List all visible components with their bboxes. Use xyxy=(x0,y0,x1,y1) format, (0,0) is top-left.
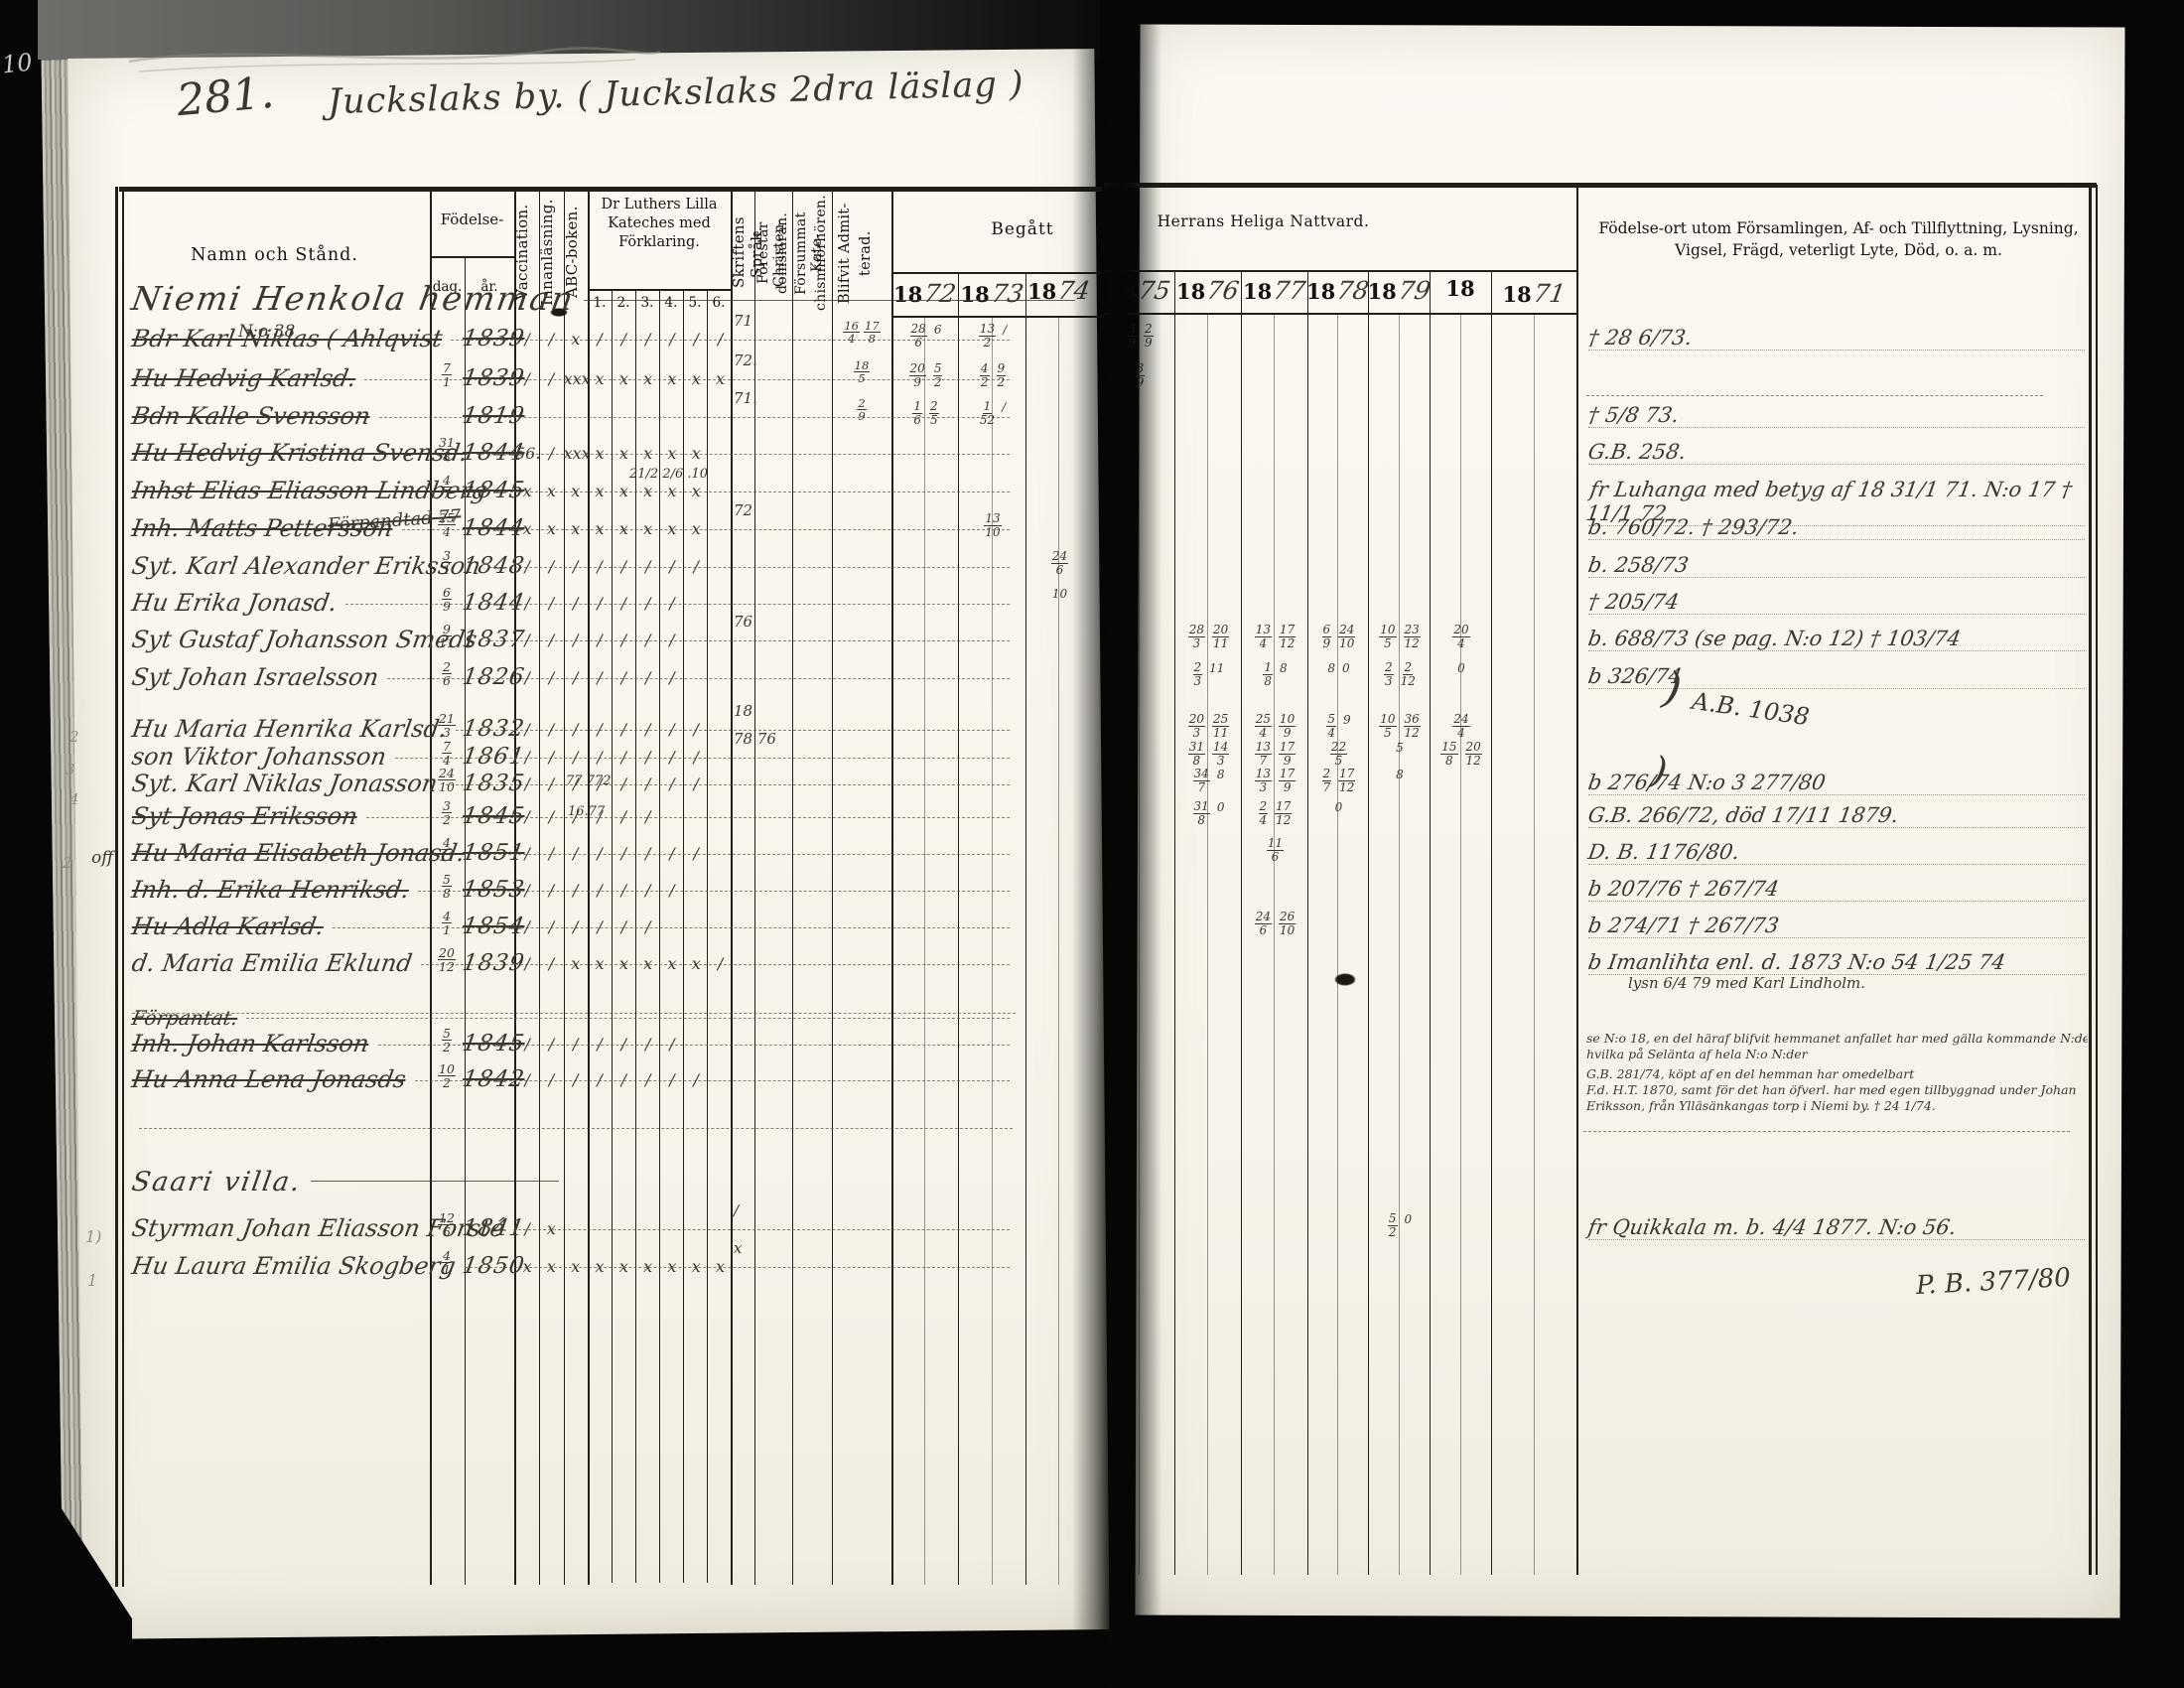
reading-mark: ∕ xyxy=(588,881,612,900)
communion-date-cell: 1053612 xyxy=(1372,713,1428,739)
row-dash-line xyxy=(246,1018,1010,1019)
date-fraction: 116 xyxy=(1267,837,1284,863)
communion-date-cell: 4292 xyxy=(962,362,1024,388)
ink-fragment: 1) xyxy=(85,1227,101,1246)
year-handwritten-suffix: 79 xyxy=(1396,276,1432,305)
margin-note: G.B. 258. xyxy=(1588,440,2085,465)
date-mark: 0 xyxy=(1342,661,1350,675)
ledger-row: Förpantat. xyxy=(132,1006,1010,1030)
reading-mark: x xyxy=(684,519,708,538)
col-header-fodelse: Födelse- xyxy=(430,211,514,228)
reading-mark: ∕ xyxy=(539,954,563,973)
reading-mark: x xyxy=(636,444,660,463)
row-dash-line xyxy=(513,1229,1010,1230)
reading-mark: x xyxy=(539,482,563,500)
date-fraction: 1712 xyxy=(1338,768,1355,793)
reading-mark: ∕ xyxy=(636,774,660,793)
underline-flourish xyxy=(584,300,1075,301)
date-fraction: 1310 xyxy=(984,512,1001,538)
ink-fragment: 4 xyxy=(69,790,79,808)
reading-mark: x xyxy=(684,1257,708,1276)
communion-date-cell: 10 xyxy=(1029,587,1090,601)
margin-note-line2: lysn 6/4 79 med Karl Lindholm. xyxy=(1628,974,2085,992)
person-name: Inh. d. Erika Henriksd. xyxy=(130,876,411,904)
birth-day: 69 xyxy=(430,586,464,613)
margin-note-text: b 274/71 † 267/73 xyxy=(1586,914,1781,937)
date-fraction: 29 xyxy=(857,397,866,422)
handwritten-dash-rule xyxy=(1583,1131,2070,1132)
year-note: ∕ xyxy=(734,1201,791,1219)
person-name: Bdr Karl Niklas ( Ahlqvist xyxy=(130,325,445,352)
date-fraction: 1712 xyxy=(1279,624,1296,649)
col-header-kateches: Dr Luthers Lilla Kateches med Förklaring… xyxy=(588,196,731,252)
date-fraction: 23 xyxy=(1193,661,1203,687)
year-note: x xyxy=(734,1239,791,1257)
communion-date-cell: 271712 xyxy=(1311,768,1366,793)
reading-mark: x xyxy=(660,954,684,973)
birth-year: 1837 xyxy=(461,627,516,652)
birth-day: 126 xyxy=(430,1211,464,1238)
date-mark: 8 xyxy=(1396,768,1404,781)
reading-mark: ∕ xyxy=(515,330,539,349)
reading-mark: ∕ xyxy=(612,1035,635,1054)
date-fraction: 2511 xyxy=(1212,713,1229,739)
ink-fragment: 77 772 xyxy=(566,774,612,788)
communion-date-cell: 8 xyxy=(1372,768,1428,781)
birth-year: 1839 xyxy=(461,365,516,391)
birth-year: 1839 xyxy=(461,326,516,352)
date-fraction: 69 xyxy=(442,586,452,613)
handwritten-dash-rule xyxy=(1586,395,2043,396)
reading-mark: ∕ xyxy=(636,748,660,767)
reading-mark: ∕ xyxy=(539,917,563,936)
margin-note: b Imanlihta enl. d. 1873 N:o 54 1/25 74 xyxy=(1588,950,2085,975)
date-mark: ∕ xyxy=(1003,323,1007,349)
birth-day: 52 xyxy=(430,1027,464,1054)
reading-mark: ∕ xyxy=(515,954,539,973)
reading-mark: ∕ xyxy=(515,917,539,936)
reading-mark: ∕ xyxy=(515,844,539,863)
date-mark: 8 xyxy=(1217,768,1225,793)
date-fraction: 318 xyxy=(438,436,456,463)
date-fraction: 225 xyxy=(1330,741,1347,767)
reading-mark: x xyxy=(612,519,635,538)
reading-mark: ∕ xyxy=(539,444,563,463)
person-name: d. Maria Emilia Eklund xyxy=(130,949,414,977)
year-header-18: 18 xyxy=(1430,276,1491,301)
person-name: Hu Maria Henrika Karlsd. xyxy=(130,715,449,743)
date-mark: 8 xyxy=(1280,661,1288,687)
reading-mark: ∕ xyxy=(515,807,539,826)
reading-mark: ∕ xyxy=(660,1070,684,1089)
birth-year: 1845 xyxy=(461,1031,516,1056)
communion-date-cell: 2462610 xyxy=(1245,911,1305,936)
date-mark: 0 xyxy=(1405,1212,1413,1238)
date-fraction: 26 xyxy=(442,660,452,687)
kateches-line2: Kateches med xyxy=(608,215,711,231)
year-note: 18 xyxy=(734,702,791,720)
ink-fragment: 2 xyxy=(69,728,79,746)
reading-mark: x xyxy=(684,369,708,388)
date-fraction: 411 xyxy=(439,836,455,863)
date-mark: 0 xyxy=(1457,661,1465,675)
reading-mark: ∕ xyxy=(636,1070,660,1089)
reading-mark: ∕ xyxy=(612,881,635,900)
reading-mark: ∕ xyxy=(539,1070,563,1089)
communion-date-cell: 241712 xyxy=(1245,800,1305,826)
date-fraction: 246 xyxy=(1051,550,1068,576)
reading-mark: ∕ xyxy=(564,631,588,649)
reading-mark: x xyxy=(708,369,732,388)
reading-mark: ∕ xyxy=(636,1035,660,1054)
margin-note: † 205/74 xyxy=(1588,590,2085,615)
reading-mark: ∕ xyxy=(612,1070,635,1089)
date-fraction: 3612 xyxy=(1404,713,1421,739)
reading-mark: x xyxy=(636,954,660,973)
reading-mark: ∕ xyxy=(588,720,612,739)
date-fraction: 27 xyxy=(1322,768,1332,793)
reading-mark: ∕ xyxy=(539,631,563,649)
reading-mark: ∕ xyxy=(539,330,563,349)
margin-note-small: se N:o 18, en del häraf blifvit hemmanet… xyxy=(1586,1031,2088,1046)
communion-date-cell: 246 xyxy=(1029,550,1090,576)
margin-note-text: D. B. 1176/80. xyxy=(1586,840,1741,864)
reading-mark: ∕ xyxy=(515,668,539,687)
year-handwritten-suffix: 78 xyxy=(1335,276,1371,305)
reading-mark: x xyxy=(564,954,588,973)
reading-mark: ∕ xyxy=(636,557,660,576)
date-fraction: 283 xyxy=(1188,624,1205,649)
margin-note-small: hvilka på Selänta af hela N:o N:der xyxy=(1586,1047,2088,1061)
reading-mark: ∕ xyxy=(588,917,612,936)
reading-mark: x xyxy=(539,1257,563,1276)
date-fraction: 2410 xyxy=(438,767,456,793)
communion-date-cell: 188 xyxy=(1245,661,1305,687)
birth-day: 41 xyxy=(430,910,464,936)
date-fraction: 143 xyxy=(1212,741,1229,767)
margin-note-text: b. 258/73 xyxy=(1586,553,1690,577)
date-fraction: 24 xyxy=(1259,800,1269,826)
date-fraction: 246 xyxy=(1255,911,1272,936)
date-fraction: 203 xyxy=(1188,713,1205,739)
margin-note-text: b Imanlihta enl. d. 1873 N:o 54 1/25 74 xyxy=(1586,950,2007,974)
year-note: 78 76 xyxy=(734,730,791,748)
date-fraction: 911 xyxy=(439,623,455,649)
birth-year: 1832 xyxy=(461,716,516,742)
margin-note: D. B. 1176/80. xyxy=(1588,840,2085,865)
date-mark: 6 xyxy=(934,323,942,349)
reading-mark: ∕ xyxy=(660,748,684,767)
reading-mark: ∕ xyxy=(564,844,588,863)
date-fraction: 244 xyxy=(1452,713,1469,739)
reading-mark: ∕ xyxy=(515,631,539,649)
margin-note-text: b. 688/73 (se pag. N:o 12) † 103/74 xyxy=(1586,627,1963,650)
reading-mark: ∕ xyxy=(612,631,635,649)
reading-mark: ∕ xyxy=(515,774,539,793)
date-fraction: 212 xyxy=(1401,661,1416,687)
reading-mark: ∕ xyxy=(539,668,563,687)
reading-mark: x xyxy=(636,519,660,538)
reading-mark: ∕ xyxy=(539,557,563,576)
margin-note: b. 688/73 (se pag. N:o 12) † 103/74 xyxy=(1588,627,2085,651)
person-name: Hu Adla Karlsd. xyxy=(130,913,326,940)
reading-mark: ∕ xyxy=(564,668,588,687)
date-fraction: 102 xyxy=(438,1062,456,1089)
date-fraction: 23 xyxy=(1384,661,1394,687)
year-note: 72 xyxy=(734,501,791,519)
col-header-begatt: Begått xyxy=(948,219,1097,239)
birth-year: 1851 xyxy=(461,840,516,866)
reading-mark: ∕ xyxy=(612,557,635,576)
person-name: Hu Maria Elisabeth Jonasd. xyxy=(130,839,467,867)
margin-note: † 5/8 73. xyxy=(1588,403,2085,428)
birth-year: 1850 xyxy=(461,1253,516,1279)
date-fraction: 185 xyxy=(854,359,871,384)
year-handwritten-suffix: 71 xyxy=(1531,279,1567,308)
date-fraction: 126 xyxy=(438,1211,456,1238)
reading-mark: x xyxy=(612,1257,635,1276)
date-mark: ∕ xyxy=(1002,400,1006,426)
communion-date-cell: 2866 xyxy=(895,323,956,349)
birth-day: 411 xyxy=(430,836,464,863)
date-fraction: 209 xyxy=(909,362,926,388)
date-fraction: 286 xyxy=(910,323,927,349)
birth-year: 1848 xyxy=(461,553,516,579)
date-fraction: 178 xyxy=(864,320,881,345)
communion-date-cell: 80 xyxy=(1311,661,1366,675)
communion-date-cell: 3180 xyxy=(1178,800,1239,826)
reading-mark: x xyxy=(612,482,635,500)
birth-year: 1853 xyxy=(461,877,516,903)
birth-year: 1861 xyxy=(461,744,516,770)
reading-mark: ∕ xyxy=(612,330,635,349)
reading-mark: ∕ xyxy=(588,668,612,687)
birth-year: 1845 xyxy=(461,803,516,829)
reading-mark: ∕ xyxy=(539,807,563,826)
date-fraction: 58 xyxy=(442,873,452,900)
reading-mark: ∕ xyxy=(564,1070,588,1089)
reading-mark: x xyxy=(660,482,684,500)
margin-note-text: G.B. 258. xyxy=(1586,440,1688,464)
communion-date-cell: 2832011 xyxy=(1178,624,1239,649)
year-printed: 18 xyxy=(1502,282,1531,307)
date-fraction: 25 xyxy=(929,400,939,426)
margin-note: b. 760/72. † 293/72. xyxy=(1588,515,2085,540)
reading-mark: ∕ xyxy=(564,881,588,900)
margin-note-small: Eriksson, från Ylläsänkangas torp i Niem… xyxy=(1586,1098,2088,1113)
person-name: Syt Johan Israelsson xyxy=(130,663,381,691)
date-fraction: 152 xyxy=(980,400,995,426)
date-fraction: 318 xyxy=(1193,800,1210,826)
year-handwritten-suffix: 75 xyxy=(1137,276,1172,305)
reading-mark: x xyxy=(684,482,708,500)
birth-year: 1839 xyxy=(461,950,516,976)
reading-mark: ∕ xyxy=(684,844,708,863)
admitted-dates: 164178 xyxy=(833,320,890,345)
reading-mark: ∕ xyxy=(684,774,708,793)
person-name: son Viktor Johansson xyxy=(130,743,388,771)
page-title-script: Juckslaks by. ( Juckslaks 2dra läslag ) xyxy=(328,65,1024,122)
reading-mark: ∕ xyxy=(660,557,684,576)
margin-note-text: † 205/74 xyxy=(1586,590,1681,614)
reading-mark: ∕ xyxy=(564,557,588,576)
ink-fragment: 1 xyxy=(87,1271,97,1290)
reading-mark: ∕ xyxy=(660,631,684,649)
reading-mark: ∕ xyxy=(636,917,660,936)
communion-date-cell: 0 xyxy=(1433,661,1489,675)
reading-mark: ∕ xyxy=(515,1219,539,1238)
year-header-1879: 1879 xyxy=(1368,276,1430,305)
reading-mark: ∕ xyxy=(588,844,612,863)
communion-date-cell: 0 xyxy=(1311,800,1366,814)
year-handwritten-suffix: 76 xyxy=(1205,276,1241,305)
reading-mark: ∕ xyxy=(515,1070,539,1089)
reading-mark: ∕ xyxy=(684,720,708,739)
reading-mark: ∕ xyxy=(612,774,635,793)
communion-date-cell: 254109 xyxy=(1245,713,1305,739)
communion-date-cell: 1625 xyxy=(895,400,956,426)
birth-day: 31 xyxy=(430,549,464,576)
reading-mark: ∕ xyxy=(564,917,588,936)
reading-mark: ∕ xyxy=(515,748,539,767)
birth-year: 1842 xyxy=(461,1066,516,1092)
section-title: Niemi Henkola hemman xyxy=(129,279,578,318)
birth-day: 102 xyxy=(430,1062,464,1089)
reading-mark: x xyxy=(612,954,635,973)
kateches-line1: Dr Luthers Lilla xyxy=(601,197,717,212)
communion-date-cell: 39 xyxy=(1108,362,1172,388)
birth-year: 1826 xyxy=(461,664,516,690)
communion-date-cell: 116 xyxy=(1245,837,1305,863)
reading-mark: x xyxy=(636,369,660,388)
date-mark: 0 xyxy=(1217,800,1225,826)
year-printed: 18 xyxy=(1367,279,1396,304)
underline-flourish xyxy=(311,1181,559,1182)
date-mark: 5 xyxy=(1396,741,1404,755)
date-mark: 0 xyxy=(1335,800,1343,814)
margin-note: † 28 6/73. xyxy=(1588,326,2085,351)
reading-mark: ∕ xyxy=(684,748,708,767)
reading-mark: ∕ xyxy=(660,594,684,613)
margin-note: b 207/76 † 267/74 xyxy=(1588,877,2085,902)
date-fraction: 52 xyxy=(1388,1212,1398,1238)
ink-fragment: A.B. 1038 xyxy=(1691,687,1812,731)
date-fraction: 16 xyxy=(912,400,922,426)
reading-mark: ∕ xyxy=(612,594,635,613)
date-fraction: 204 xyxy=(1452,624,1469,649)
ink-blot xyxy=(1334,973,1356,986)
reading-mark: ∕ xyxy=(684,557,708,576)
communion-date-cell: 133179 xyxy=(1245,768,1305,793)
reading-mark: ∕ xyxy=(636,594,660,613)
date-fraction: 54 xyxy=(1326,713,1336,739)
ink-fragment: 3 xyxy=(66,761,75,778)
reading-mark: ∕ xyxy=(588,1035,612,1054)
col-header-namn: Namn och Stånd. xyxy=(119,245,430,265)
date-fraction: 92 xyxy=(997,362,1007,388)
date-fraction: 41 xyxy=(442,1249,452,1276)
reading-mark: ∕ xyxy=(515,369,539,388)
reading-mark: x xyxy=(684,444,708,463)
birth-year: 1835 xyxy=(461,771,516,796)
reading-mark: x xyxy=(588,369,612,388)
scanned-ledger-page: 281. Juckslaks by. ( Juckslaks 2dra läsl… xyxy=(0,0,2184,1688)
communion-date-cell: 152∕ xyxy=(962,400,1024,426)
reading-mark: ∕ xyxy=(515,1035,539,1054)
date-fraction: 39 xyxy=(1127,323,1137,349)
birth-day: 47 xyxy=(430,474,464,500)
reading-mark: x xyxy=(612,369,635,388)
date-fraction: 105 xyxy=(1379,624,1396,649)
birth-day: 71 xyxy=(430,361,464,388)
reading-mark: ∕ xyxy=(588,748,612,767)
birth-day: 41 xyxy=(430,1249,464,1276)
birth-year: 1819 xyxy=(461,403,516,429)
year-note: 72. xyxy=(734,352,791,369)
communion-date-cell: 1341712 xyxy=(1245,624,1305,649)
date-fraction: 164 xyxy=(843,320,860,345)
reading-mark: ∕ xyxy=(588,557,612,576)
reading-mark: x xyxy=(708,1257,732,1276)
year-printed: 18 xyxy=(1176,279,1205,304)
reading-mark: ∕ xyxy=(539,774,563,793)
reading-mark: ∕ xyxy=(660,668,684,687)
reading-mark: ∕ xyxy=(539,369,563,388)
date-fraction: 2011 xyxy=(1212,624,1229,649)
person-name: Hu Hedvig Kristina Svensd. xyxy=(130,439,470,467)
admitted-dates: 185 xyxy=(833,359,890,384)
reading-mark: x xyxy=(515,482,539,500)
section-title: Saari villa. xyxy=(130,1167,305,1197)
reading-mark: xxx xyxy=(564,444,588,463)
person-name: Hu Erika Jonasd. xyxy=(130,589,340,617)
date-mark: 8 xyxy=(1327,661,1335,675)
reading-mark: x xyxy=(588,954,612,973)
person-name: Hu Hedvig Karlsd. xyxy=(130,364,358,392)
reading-mark: ∕ xyxy=(684,330,708,349)
date-fraction: 179 xyxy=(1279,741,1296,767)
year-header-1871: 1871 xyxy=(1491,279,1576,308)
reading-mark: ∕ xyxy=(612,668,635,687)
birth-day: 911 xyxy=(430,623,464,649)
margin-note-text: G.B. 266/72, död 17/11 1879. xyxy=(1586,803,1900,827)
margin-note-text: † 5/8 73. xyxy=(1586,403,1681,427)
section-title-row: Saari villa. xyxy=(132,1167,559,1197)
date-fraction: 137 xyxy=(1255,741,1272,767)
date-fraction: 109 xyxy=(1279,713,1296,739)
reading-mark: ∕ xyxy=(564,1035,588,1054)
reading-mark: x xyxy=(564,519,588,538)
margin-note-text: fr Quikkala m. b. 4/4 1877. N:o 56. xyxy=(1586,1215,1958,1239)
date-fraction: 179 xyxy=(1279,768,1296,793)
date-fraction: 42 xyxy=(980,362,990,388)
year-header-1876: 1876 xyxy=(1174,276,1241,305)
communion-date-cell: 132∕ xyxy=(962,323,1024,349)
date-fraction: 31 xyxy=(442,549,452,576)
person-name: Förpantat. xyxy=(130,1006,239,1030)
communion-date-cell: 5 xyxy=(1372,741,1428,755)
margin-note-text: b. 760/72. † 293/72. xyxy=(1586,515,1801,539)
ink-fragment: 21/2 2/6 .10 xyxy=(629,467,708,482)
communion-date-cell: 1582012 xyxy=(1433,741,1489,767)
communion-date-cell: 225 xyxy=(1311,741,1366,767)
year-printed: 18 xyxy=(1445,276,1474,301)
birth-day: 32 xyxy=(430,799,464,826)
date-fraction: 41 xyxy=(442,910,452,936)
birth-day: 58 xyxy=(430,873,464,900)
reading-mark: ∕ xyxy=(636,720,660,739)
reading-mark: x xyxy=(636,1257,660,1276)
